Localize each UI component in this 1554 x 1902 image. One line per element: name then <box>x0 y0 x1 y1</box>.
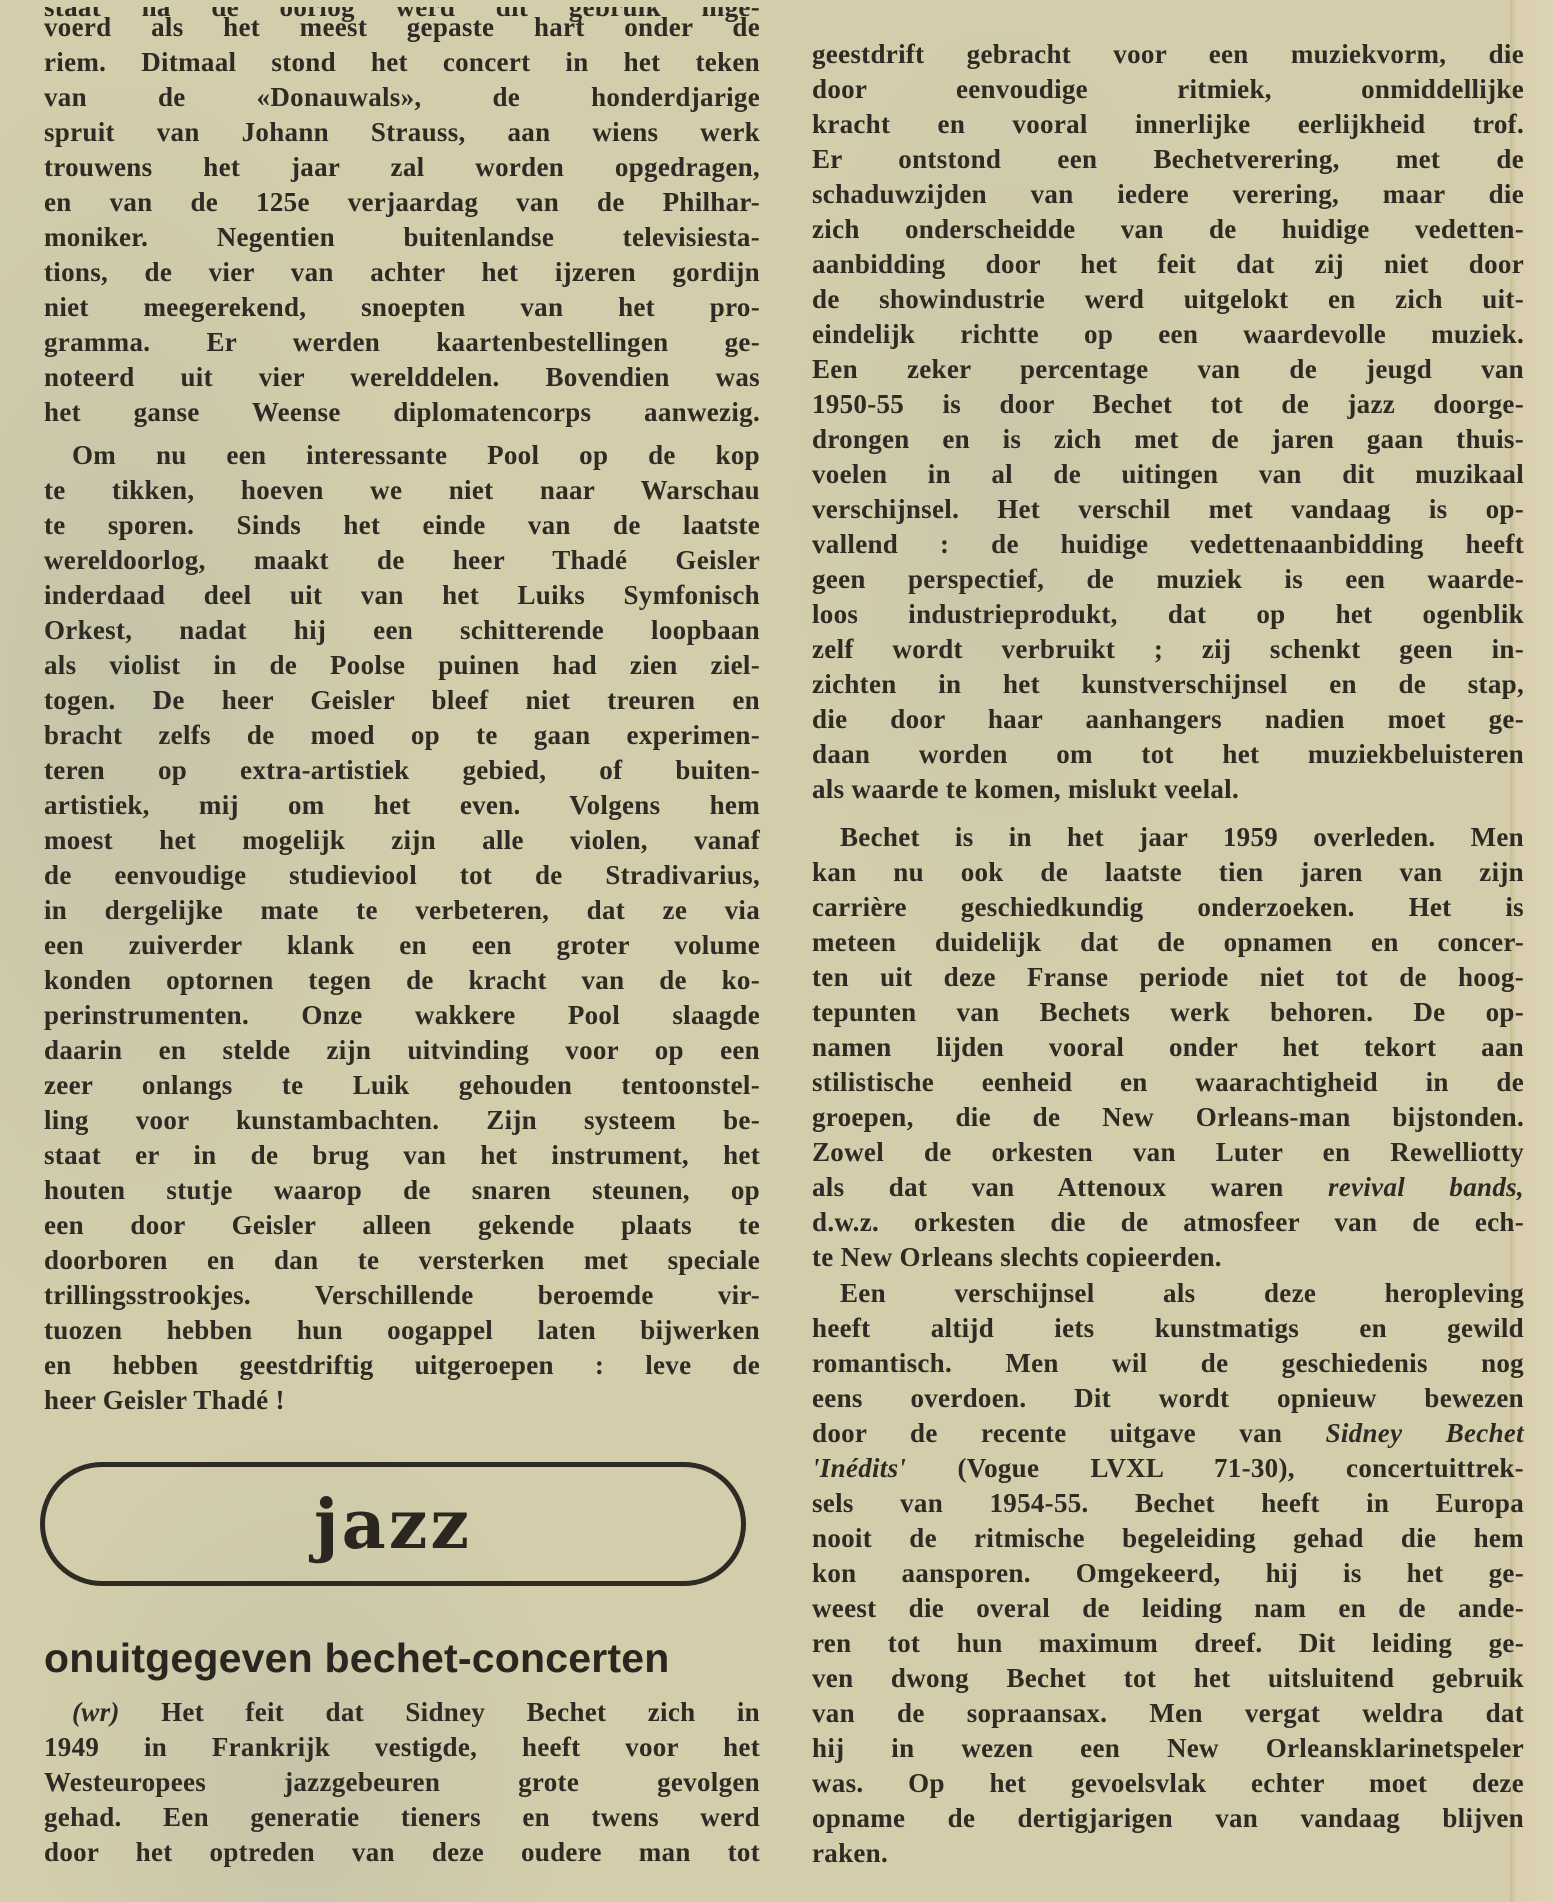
article-headline: onuitgegeven bechet-concerten <box>44 1632 764 1684</box>
text-line: Om nu een interessante Pool op de kop <box>44 438 760 473</box>
italic-term: revival bands, <box>1328 1172 1524 1202</box>
text-line: moest het mogelijk zijn alle violen, van… <box>44 823 760 858</box>
text-line: loos industrieprodukt, dat op het ogenbl… <box>812 597 1524 632</box>
text-line: van de «Donauwals», de honderdjarige <box>44 80 760 115</box>
text-line: ren tot hun maximum dreef. Dit leiding g… <box>812 1626 1524 1661</box>
byline: (wr) <box>72 1697 120 1727</box>
text-line: zelf wordt verbruikt ; zij schenkt geen … <box>812 632 1524 667</box>
text-line: heeft altijd iets kunstmatigs en gewild <box>812 1311 1524 1346</box>
text-line: daan worden om tot het muziekbeluisteren <box>812 737 1524 772</box>
text-line: raken. <box>812 1836 1524 1871</box>
text-line: 1950-55 is door Bechet tot de jazz doorg… <box>812 387 1524 422</box>
text-line: stilistische eenheid en waarachtigheid i… <box>812 1065 1524 1100</box>
text-line: door het optreden van deze oudere man to… <box>44 1835 760 1870</box>
text-span: als dat van Attenoux waren <box>812 1172 1284 1202</box>
text-line: Een verschijnsel als deze heropleving <box>812 1276 1524 1311</box>
text-line: in dergelijke mate te verbeteren, dat ze… <box>44 893 760 928</box>
text-line: Er ontstond een Bechetverering, met de <box>812 142 1524 177</box>
text-line: voerd als het meest gepaste hart onder d… <box>44 10 760 45</box>
text-line: Zowel de orkesten van Luter en Rewelliot… <box>812 1135 1524 1170</box>
text-line: en hebben geestdriftig uitgeroepen : lev… <box>44 1348 760 1383</box>
text-line: groepen, die de New Orleans-man bijstond… <box>812 1100 1524 1135</box>
text-line: d.w.z. orkesten die de atmosfeer van de … <box>812 1205 1524 1240</box>
text-line: als dat van Attenoux waren revival bands… <box>812 1170 1524 1205</box>
text-line: tuozen hebben hun oogappel laten bijwerk… <box>44 1313 760 1348</box>
text-line: de showindustrie werd uitgelokt en zich … <box>812 282 1524 317</box>
text-line: die door haar aanhangers nadien moet ge- <box>812 702 1524 737</box>
text-line: bracht zelfs de moed op te gaan experime… <box>44 718 760 753</box>
section-label: jazz <box>45 1485 741 1565</box>
text-line: (wr) Het feit dat Sidney Bechet zich in <box>44 1695 760 1730</box>
text-line: ten uit deze Franse periode niet tot de … <box>812 960 1524 995</box>
text-line: noteerd uit vier werelddelen. Bovendien … <box>44 360 760 395</box>
text-line: gehad. Een generatie tieners en twens we… <box>44 1800 760 1835</box>
text-line: niet meegerekend, snoepten van het pro- <box>44 290 760 325</box>
italic-title: 'Inédits' <box>812 1453 906 1483</box>
text-span: Het feit dat Sidney Bechet zich in <box>161 1697 760 1727</box>
text-line: staat er in de brug van het instrument, … <box>44 1138 760 1173</box>
text-line: zeer onlangs te Luik gehouden tentoonste… <box>44 1068 760 1103</box>
text-line: zich onderscheidde van de huidige vedett… <box>812 212 1524 247</box>
text-line: een zuiverder klank en een groter volume <box>44 928 760 963</box>
text-line: heer Geisler Thadé ! <box>44 1383 760 1418</box>
text-line: verschijnsel. Het verschil met vandaag i… <box>812 492 1524 527</box>
text-line: door de recente uitgave van Sidney Beche… <box>812 1416 1524 1451</box>
text-line: aanbidding door het feit dat zij niet do… <box>812 247 1524 282</box>
text-line: schaduwzijden van iedere verering, maar … <box>812 177 1524 212</box>
text-line: geen perspectief, de muziek is een waard… <box>812 562 1524 597</box>
text-line: eindelijk richtte op een waardevolle muz… <box>812 317 1524 352</box>
text-line: perinstrumenten. Onze wakkere Pool slaag… <box>44 998 760 1033</box>
text-line: kracht en vooral innerlijke eerlijkheid … <box>812 107 1524 142</box>
text-line: was. Op het gevoelsvlak echter moet deze <box>812 1766 1524 1801</box>
text-line: tions, de vier van achter het ijzeren go… <box>44 255 760 290</box>
text-line: 'Inédits' (Vogue LVXL 71-30), concertuit… <box>812 1451 1524 1486</box>
text-line: de eenvoudige studieviool tot de Stradiv… <box>44 858 760 893</box>
text-line: als violist in de Poolse puinen had zien… <box>44 648 760 683</box>
text-line: kon aansporen. Omgekeerd, hij is het ge- <box>812 1556 1524 1591</box>
text-line: romantisch. Men wil de geschiedenis nog <box>812 1346 1524 1381</box>
text-line: en van de 125e verjaardag van de Philhar… <box>44 185 760 220</box>
text-line: het ganse Weense diplomatencorps aanwezi… <box>44 395 760 430</box>
text-line: gramma. Er werden kaartenbestellingen ge… <box>44 325 760 360</box>
text-line: voelen in al de uitingen van dit muzikaa… <box>812 457 1524 492</box>
section-label-box: jazz <box>40 1462 746 1586</box>
text-line: van de sopraansax. Men vergat weldra dat <box>812 1696 1524 1731</box>
text-line: daarin en stelde zijn uitvinding voor op… <box>44 1033 760 1068</box>
text-line: wereldoorlog, maakt de heer Thadé Geisle… <box>44 543 760 578</box>
text-line: als waarde te komen, mislukt veelal. <box>812 772 1524 807</box>
text-line: te sporen. Sinds het einde van de laatst… <box>44 508 760 543</box>
text-line: doorboren en dan te versterken met speci… <box>44 1243 760 1278</box>
text-line: ling voor kunstambachten. Zijn systeem b… <box>44 1103 760 1138</box>
text-line: Westeuropees jazzgebeuren grote gevolgen <box>44 1765 760 1800</box>
text-line: te New Orleans slechts copieerden. <box>812 1240 1524 1275</box>
text-line: Bechet is in het jaar 1959 overleden. Me… <box>812 820 1524 855</box>
text-line: trouwens het jaar zal worden opgedragen, <box>44 150 760 185</box>
text-line: Orkest, nadat hij een schitterende loopb… <box>44 613 760 648</box>
text-line: ven dwong Bechet tot het uitsluitend geb… <box>812 1661 1524 1696</box>
text-line: riem. Ditmaal stond het concert in het t… <box>44 45 760 80</box>
text-line: inderdaad deel uit van het Luiks Symfoni… <box>44 578 760 613</box>
text-line: carrière geschiedkundig onderzoeken. Het… <box>812 890 1524 925</box>
text-line: spruit van Johann Strauss, aan wiens wer… <box>44 115 760 150</box>
italic-album: Sidney Bechet <box>1326 1418 1524 1448</box>
text-line: opname de dertigjarigen van vandaag blij… <box>812 1801 1524 1836</box>
text-line: tepunten van Bechets werk behoren. De op… <box>812 995 1524 1030</box>
text-line: drongen en is zich met de jaren gaan thu… <box>812 422 1524 457</box>
text-line: vallend : de huidige vedettenaanbidding … <box>812 527 1524 562</box>
text-line: te tikken, hoeven we niet naar Warschau <box>44 473 760 508</box>
text-line: meteen duidelijk dat de opnamen en conce… <box>812 925 1524 960</box>
text-line: geestdrift gebracht voor een muziekvorm,… <box>812 37 1524 72</box>
text-line: hij in wezen een New Orleansklarinetspel… <box>812 1731 1524 1766</box>
text-line: houten stutje waarop de snaren steunen, … <box>44 1173 760 1208</box>
text-line: zichten in het kunstverschijnsel en de s… <box>812 667 1524 702</box>
text-line: nooit de ritmische begeleiding gehad die… <box>812 1521 1524 1556</box>
text-span: (Vogue LVXL 71-30), concertuittrek- <box>957 1453 1524 1483</box>
text-line: weest die overal de leiding nam en de an… <box>812 1591 1524 1626</box>
text-line: eens overdoen. Dit wordt opnieuw bewezen <box>812 1381 1524 1416</box>
text-line: namen lijden vooral onder het tekort aan <box>812 1030 1524 1065</box>
text-line: door eenvoudige ritmiek, onmiddellijke <box>812 72 1524 107</box>
text-line: 1949 in Frankrijk vestigde, heeft voor h… <box>44 1730 760 1765</box>
text-line: togen. De heer Geisler bleef niet treure… <box>44 683 760 718</box>
text-line: artistiek, mij om het even. Volgens hem <box>44 788 760 823</box>
text-line: Een zeker percentage van de jeugd van <box>812 352 1524 387</box>
text-line: een door Geisler alleen gekende plaats t… <box>44 1208 760 1243</box>
text-line: kan nu ook de laatste tien jaren van zij… <box>812 855 1524 890</box>
text-span: door de recente uitgave van <box>812 1418 1282 1448</box>
text-line: moniker. Negentien buitenlandse televisi… <box>44 220 760 255</box>
text-line: sels van 1954-55. Bechet heeft in Europa <box>812 1486 1524 1521</box>
text-line: teren op extra-artistiek gebied, of buit… <box>44 753 760 788</box>
text-line: konden optornen tegen de kracht van de k… <box>44 963 760 998</box>
text-line: trillingsstrookjes. Verschillende beroem… <box>44 1278 760 1313</box>
